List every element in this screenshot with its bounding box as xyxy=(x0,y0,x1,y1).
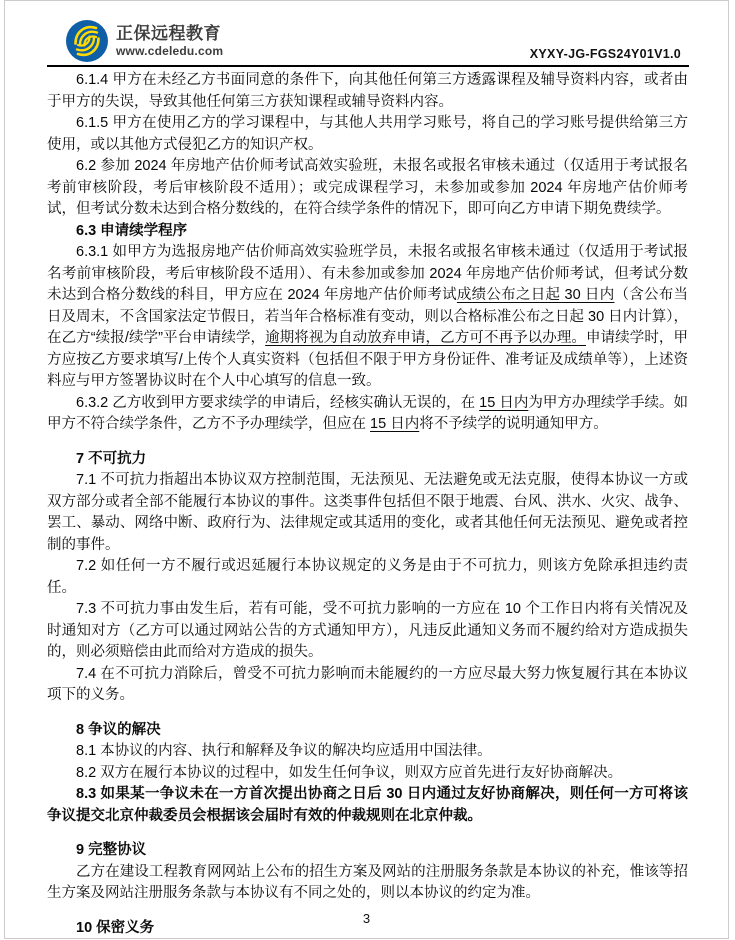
text-run: 7.3 不可抗力事由发生后，若有可能，受不可抗力影响的一方应在 10 个工作日内… xyxy=(47,601,688,660)
document-body: 6.1.4 甲方在未经乙方书面同意的条件下，向其他任何第三方透露课程及辅导资料内… xyxy=(47,70,688,939)
logo-text: 正保远程教育 www.cdeledu.com xyxy=(116,25,223,57)
text-run: 6.2 参加 2024 年房地产估价师考试高效实验班，未报名或报名审核未通过（仅… xyxy=(47,158,688,217)
text-run: 7.2 如任何一方不履行或迟延履行本协议规定的义务是由于不可抗力，则该方免除承担… xyxy=(47,558,688,596)
page-number: 3 xyxy=(363,911,370,926)
text-run: 6.3 申请续学程序 xyxy=(76,223,187,239)
page-header: 正保远程教育 www.cdeledu.com XYXY-JG-FGS24Y01V… xyxy=(47,1,689,67)
text-run: 6.1.4 甲方在未经乙方书面同意的条件下，向其他任何第三方透露课程及辅导资料内… xyxy=(47,72,688,110)
logo-swirl-icon xyxy=(65,19,109,63)
page-footer: 3 xyxy=(5,911,728,926)
paragraph: 8.3 如果某一争议未在一方首次提出协商之日后 30 日内通过友好协商解决，则任… xyxy=(47,784,688,827)
text-run: 7 不可抗力 xyxy=(76,451,146,467)
paragraph: 6.3.2 乙方收到甲方要求续学的申请后，经核实确认无误的，在 15 日内为甲方… xyxy=(47,393,688,436)
underlined-text: 15 日内 xyxy=(479,395,528,411)
text-run: 乙方在建设工程教育网网站上公布的招生方案及网站的注册服务条款是本协议的补充，惟该… xyxy=(47,864,688,902)
company-logo: 正保远程教育 www.cdeledu.com xyxy=(65,19,223,63)
paragraph: 8.1 本协议的内容、执行和解释及争议的解决均应适用中国法律。 xyxy=(47,741,688,763)
paragraph: 6.1.5 甲方在使用乙方的学习课程中，与其他人共用学习账号，将自己的学习账号提… xyxy=(47,113,688,156)
underlined-text: 15 日内 xyxy=(370,416,419,432)
paragraph: 8.2 双方在履行本协议的过程中，如发生任何争议，则双方应首先进行友好协商解决。 xyxy=(47,763,688,785)
text-run: 7.4 在不可抗力消除后，曾受不可抗力影响而未能履约的一方应尽最大努力恢复履行其… xyxy=(47,666,688,704)
section-heading: 6.3 申请续学程序 xyxy=(47,221,688,243)
paragraph: 7.1 不可抗力指超出本协议双方控制范围，无法预见、无法避免或无法克服，使得本协… xyxy=(47,470,688,556)
document-code: XYXY-JG-FGS24Y01V1.0 xyxy=(530,47,681,61)
text-run: 7.1 不可抗力指超出本协议双方控制范围，无法预见、无法避免或无法克服，使得本协… xyxy=(47,472,688,553)
text-run: 8.3 如果某一争议未在一方首次提出协商之日后 30 日内通过友好协商解决，则任… xyxy=(47,786,688,824)
section-heading: 7 不可抗力 xyxy=(47,449,688,471)
page-sheet: 正保远程教育 www.cdeledu.com XYXY-JG-FGS24Y01V… xyxy=(4,0,729,939)
document-page: 正保远程教育 www.cdeledu.com XYXY-JG-FGS24Y01V… xyxy=(0,0,735,940)
text-run: 8.1 本协议的内容、执行和解释及争议的解决均应适用中国法律。 xyxy=(76,743,492,759)
paragraph: 6.3.1 如甲方为选报房地产估价师高效实验班学员，未报名或报名审核未通过（仅适… xyxy=(47,242,688,393)
underlined-text: 逾期将视为自动放弃申请，乙方可不再予以办理。 xyxy=(265,330,586,346)
text-run: 将不予续学的说明通知甲方。 xyxy=(419,416,608,432)
text-run: 6.3.2 乙方收到甲方要求续学的申请后，经核实确认无误的，在 xyxy=(76,395,479,411)
text-run: 9 完整协议 xyxy=(76,842,146,858)
paragraph: 7.3 不可抗力事由发生后，若有可能，受不可抗力影响的一方应在 10 个工作日内… xyxy=(47,599,688,664)
section-heading: 8 争议的解决 xyxy=(47,720,688,742)
paragraph: 6.1.4 甲方在未经乙方书面同意的条件下，向其他任何第三方透露课程及辅导资料内… xyxy=(47,70,688,113)
logo-website-url: www.cdeledu.com xyxy=(116,45,223,57)
text-run: 8 争议的解决 xyxy=(76,722,161,738)
logo-company-name: 正保远程教育 xyxy=(116,25,223,42)
text-run: 8.2 双方在履行本协议的过程中，如发生任何争议，则双方应首先进行友好协商解决。 xyxy=(76,765,622,781)
underlined-text: 成绩公布之日起 30 日内 xyxy=(457,287,615,303)
paragraph: 乙方在建设工程教育网网站上公布的招生方案及网站的注册服务条款是本协议的补充，惟该… xyxy=(47,862,688,905)
paragraph: 7.2 如任何一方不履行或迟延履行本协议规定的义务是由于不可抗力，则该方免除承担… xyxy=(47,556,688,599)
paragraph: 6.2 参加 2024 年房地产估价师考试高效实验班，未报名或报名审核未通过（仅… xyxy=(47,156,688,221)
paragraph: 7.4 在不可抗力消除后，曾受不可抗力影响而未能履约的一方应尽最大努力恢复履行其… xyxy=(47,664,688,707)
section-heading: 9 完整协议 xyxy=(47,840,688,862)
text-run: 6.1.5 甲方在使用乙方的学习课程中，与其他人共用学习账号，将自己的学习账号提… xyxy=(47,115,688,153)
